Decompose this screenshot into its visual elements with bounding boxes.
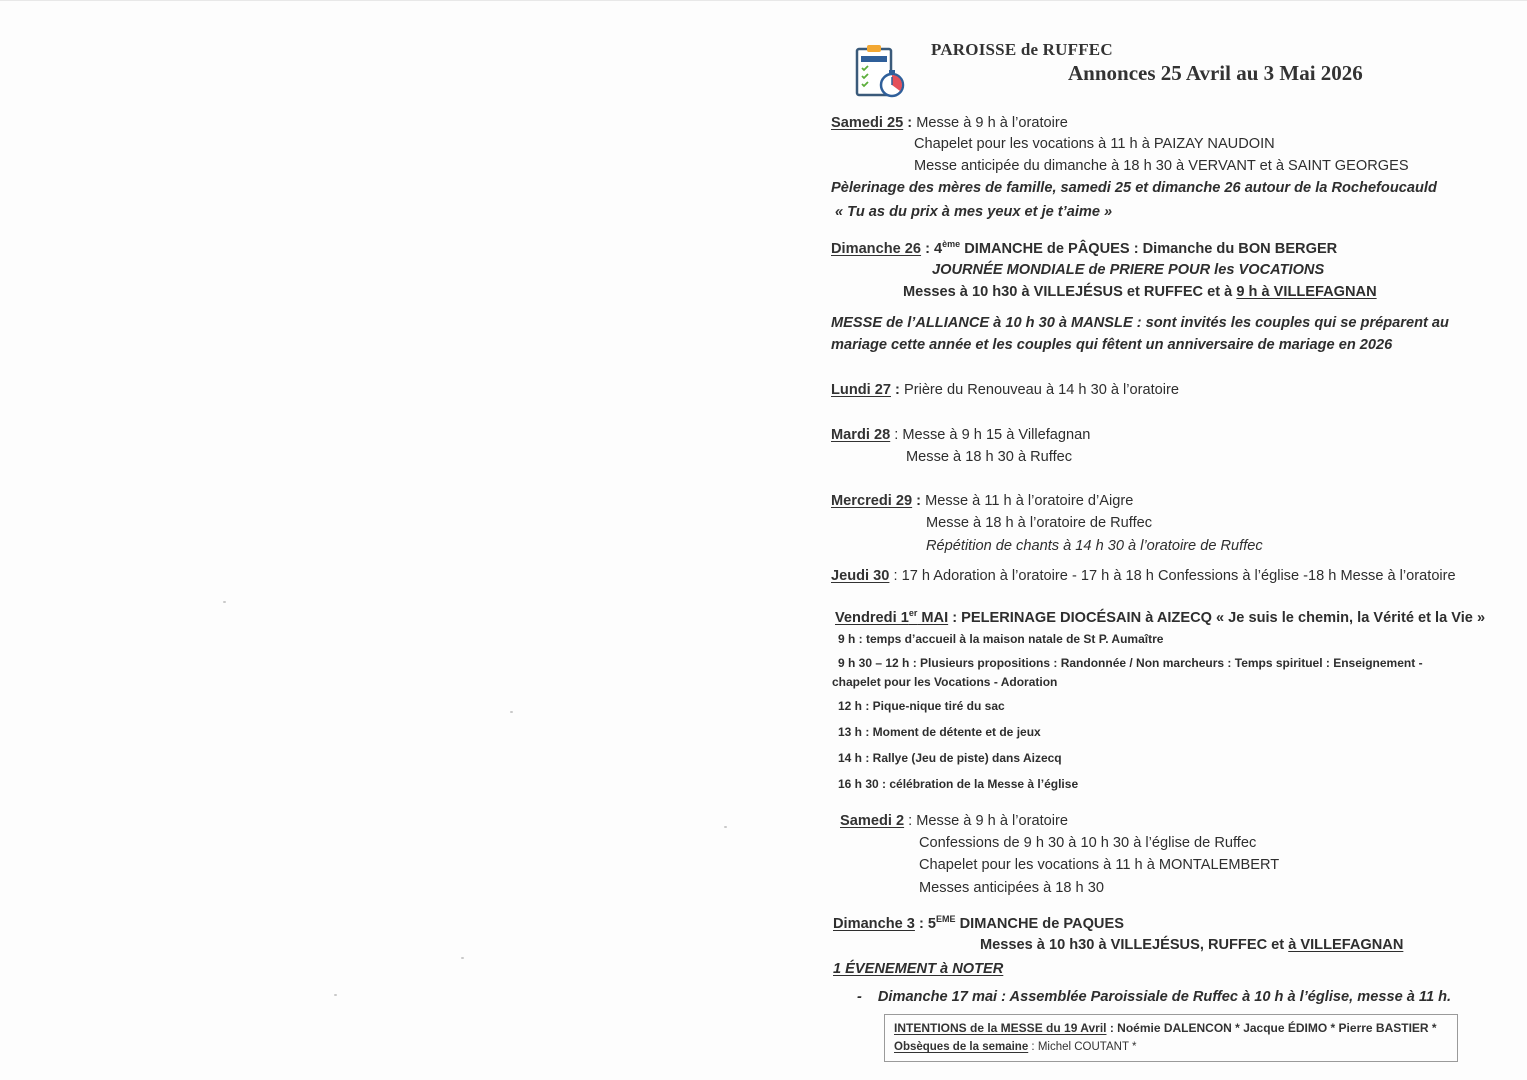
day-label: Dimanche 3 xyxy=(833,916,915,932)
scan-speck xyxy=(724,826,727,828)
program-item: chapelet pour les Vocations - Adoration xyxy=(832,675,1057,690)
schedule-line: Messe anticipée du dimanche à 18 h 30 à … xyxy=(914,157,1409,175)
day-label: Lundi 27 xyxy=(831,382,891,398)
scan-speck xyxy=(461,957,464,959)
vendredi1-line: Vendredi 1er MAI : PELERINAGE DIOCÉSAIN … xyxy=(835,609,1485,627)
day-label: Samedi 2 xyxy=(840,813,904,829)
day-label: Mercredi 29 xyxy=(831,493,912,509)
program-item: 9 h 30 – 12 h : Plusieurs propositions :… xyxy=(838,656,1423,671)
day-label: Mardi 28 xyxy=(831,427,890,443)
scan-speck xyxy=(334,994,337,996)
day-label: Samedi 25 xyxy=(831,115,903,131)
schedule-line: Confessions de 9 h 30 à 10 h 30 à l’égli… xyxy=(919,834,1256,852)
messes-line: Messes à 10 h30 à VILLEJÉSUS et RUFFEC e… xyxy=(903,283,1377,301)
schedule-line: Messes anticipées à 18 h 30 xyxy=(919,879,1104,897)
scanned-page: PAROISSE de RUFFEC Annonces 25 Avril au … xyxy=(0,0,1527,1080)
mercredi29-line: Mercredi 29 : Messe à 11 h à l’oratoire … xyxy=(831,492,1133,510)
day-label: Dimanche 26 xyxy=(831,241,921,257)
jeudi30-line: Jeudi 30 : 17 h Adoration à l’oratoire -… xyxy=(831,567,1456,585)
program-item: 12 h : Pique-nique tiré du sac xyxy=(838,699,1005,714)
day-label: Vendredi 1er MAI xyxy=(835,610,948,626)
repetition-note: Répétition de chants à 14 h 30 à l’orato… xyxy=(926,537,1263,555)
samedi25-line: Samedi 25 : Messe à 9 h à l’oratoire xyxy=(831,114,1068,132)
agenda-clipboard-stopwatch-icon xyxy=(854,44,908,100)
page-title: Annonces 25 Avril au 3 Mai 2026 xyxy=(1068,61,1363,86)
schedule-line: Chapelet pour les vocations à 11 h à PAI… xyxy=(914,135,1275,153)
scan-speck xyxy=(510,711,513,713)
intentions-box: INTENTIONS de la MESSE du 19 Avril : Noé… xyxy=(884,1014,1458,1062)
program-item: 9 h : temps d’accueil à la maison natale… xyxy=(838,632,1163,647)
lundi27-line: Lundi 27 : Prière du Renouveau à 14 h 30… xyxy=(831,381,1179,399)
pilgrimage-quote: « Tu as du prix à mes yeux et je t’aime … xyxy=(835,203,1112,221)
schedule-line: Chapelet pour les vocations à 11 h à MON… xyxy=(919,856,1279,874)
mardi28-line: Mardi 28 : Messe à 9 h 15 à Villefagnan xyxy=(831,426,1090,444)
journee-mondiale: JOURNÉE MONDIALE de PRIERE POUR les VOCA… xyxy=(932,261,1324,279)
pilgrimage-note: Pèlerinage des mères de famille, samedi … xyxy=(831,179,1437,197)
program-item: 13 h : Moment de détente et de jeux xyxy=(838,725,1041,740)
bullet: - xyxy=(857,989,862,1005)
samedi2-line: Samedi 2 : Messe à 9 h à l’oratoire xyxy=(840,812,1068,830)
intentions-line: INTENTIONS de la MESSE du 19 Avril : Noé… xyxy=(894,1021,1437,1035)
day-label: Jeudi 30 xyxy=(831,568,889,584)
messes-line: Messes à 10 h30 à VILLEJÉSUS, RUFFEC et … xyxy=(980,936,1403,954)
event-heading: 1 ÉVENEMENT à NOTER xyxy=(833,960,1003,978)
dimanche26-line: Dimanche 26 : 4ème DIMANCHE de PÂQUES : … xyxy=(831,240,1337,258)
alliance-note: mariage cette année et les couples qui f… xyxy=(831,336,1392,354)
page-edge xyxy=(0,0,1527,1)
program-item: 16 h 30 : célébration de la Messe à l’ég… xyxy=(838,777,1078,792)
program-item: 14 h : Rallye (Jeu de piste) dans Aizecq xyxy=(838,751,1062,766)
parish-name: PAROISSE de RUFFEC xyxy=(931,40,1113,60)
scan-speck xyxy=(223,601,226,603)
schedule-line: Messe à 18 h 30 à Ruffec xyxy=(906,448,1072,466)
schedule-line: Messe à 18 h à l’oratoire de Ruffec xyxy=(926,514,1152,532)
alliance-note: MESSE de l’ALLIANCE à 10 h 30 à MANSLE :… xyxy=(831,314,1449,332)
obseques-line: Obsèques de la semaine : Michel COUTANT … xyxy=(894,1041,1136,1053)
event-item: -Dimanche 17 mai : Assemblée Paroissiale… xyxy=(857,988,1451,1006)
dimanche3-line: Dimanche 3 : 5EME DIMANCHE de PAQUES xyxy=(833,915,1124,933)
